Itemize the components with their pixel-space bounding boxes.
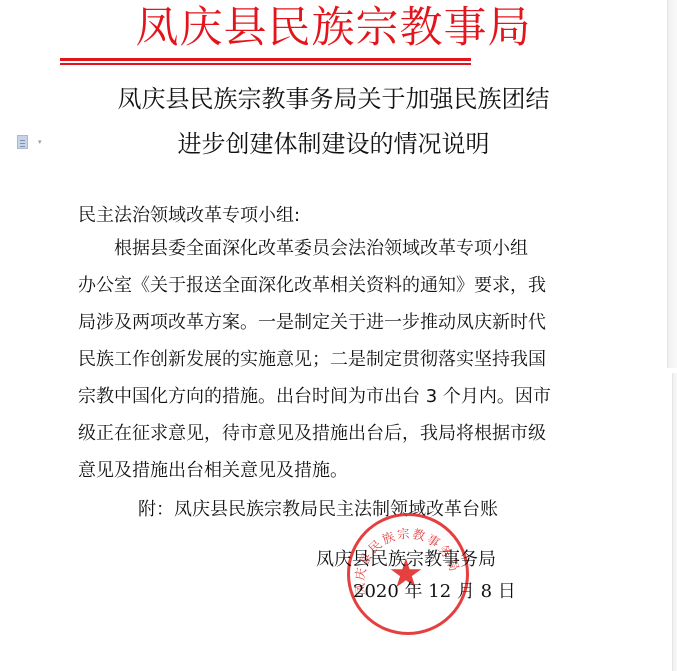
signature-org: 凤庆县民族宗教事务局 [316, 548, 496, 572]
body-line: 级正在征求意见，待市意见及措施出台后，我局将根据市级 [78, 422, 546, 446]
masthead-title: 凤庆县民族宗教事局 [0, 2, 667, 54]
red-rule-thick [60, 58, 471, 61]
official-seal: 凤庆县民族宗教事务局 ★ [347, 513, 469, 635]
body-line: 宗教中国化方向的措施。出台时间为市出台 3 个月内。因市 [78, 385, 551, 409]
red-rule-thin [60, 63, 471, 65]
body-line: 民族工作创新发展的实施意见；二是制定贯彻落实坚持我国 [78, 348, 546, 372]
salutation: 民主法治领域改革专项小组: [78, 204, 300, 228]
document-title-line-2: 进步创建体制建设的情况说明 [0, 129, 667, 159]
document-icon[interactable] [17, 135, 28, 149]
body-line: 局涉及两项改革方案。一是制定关于进一步推动凤庆新时代 [78, 311, 546, 335]
document-page: 凤庆县民族宗教事局 凤庆县民族宗教事务局关于加强民族团结 进步创建体制建设的情况… [0, 0, 667, 671]
page-edge-shadow [672, 373, 677, 671]
page-edge-shadow [667, 0, 677, 368]
document-title-line-1: 凤庆县民族宗教事务局关于加强民族团结 [0, 84, 667, 114]
body-line: 办公室《关于报送全面深化改革相关资料的通知》要求，我 [78, 274, 546, 298]
chevron-down-icon[interactable]: ▾ [38, 138, 42, 146]
body-line: 意见及措施出台相关意见及措施。 [78, 459, 348, 483]
body-line: 根据县委全面深化改革委员会法治领域改革专项小组 [114, 237, 528, 261]
signature-date: 2020 年 12 月 8 日 [353, 580, 516, 604]
